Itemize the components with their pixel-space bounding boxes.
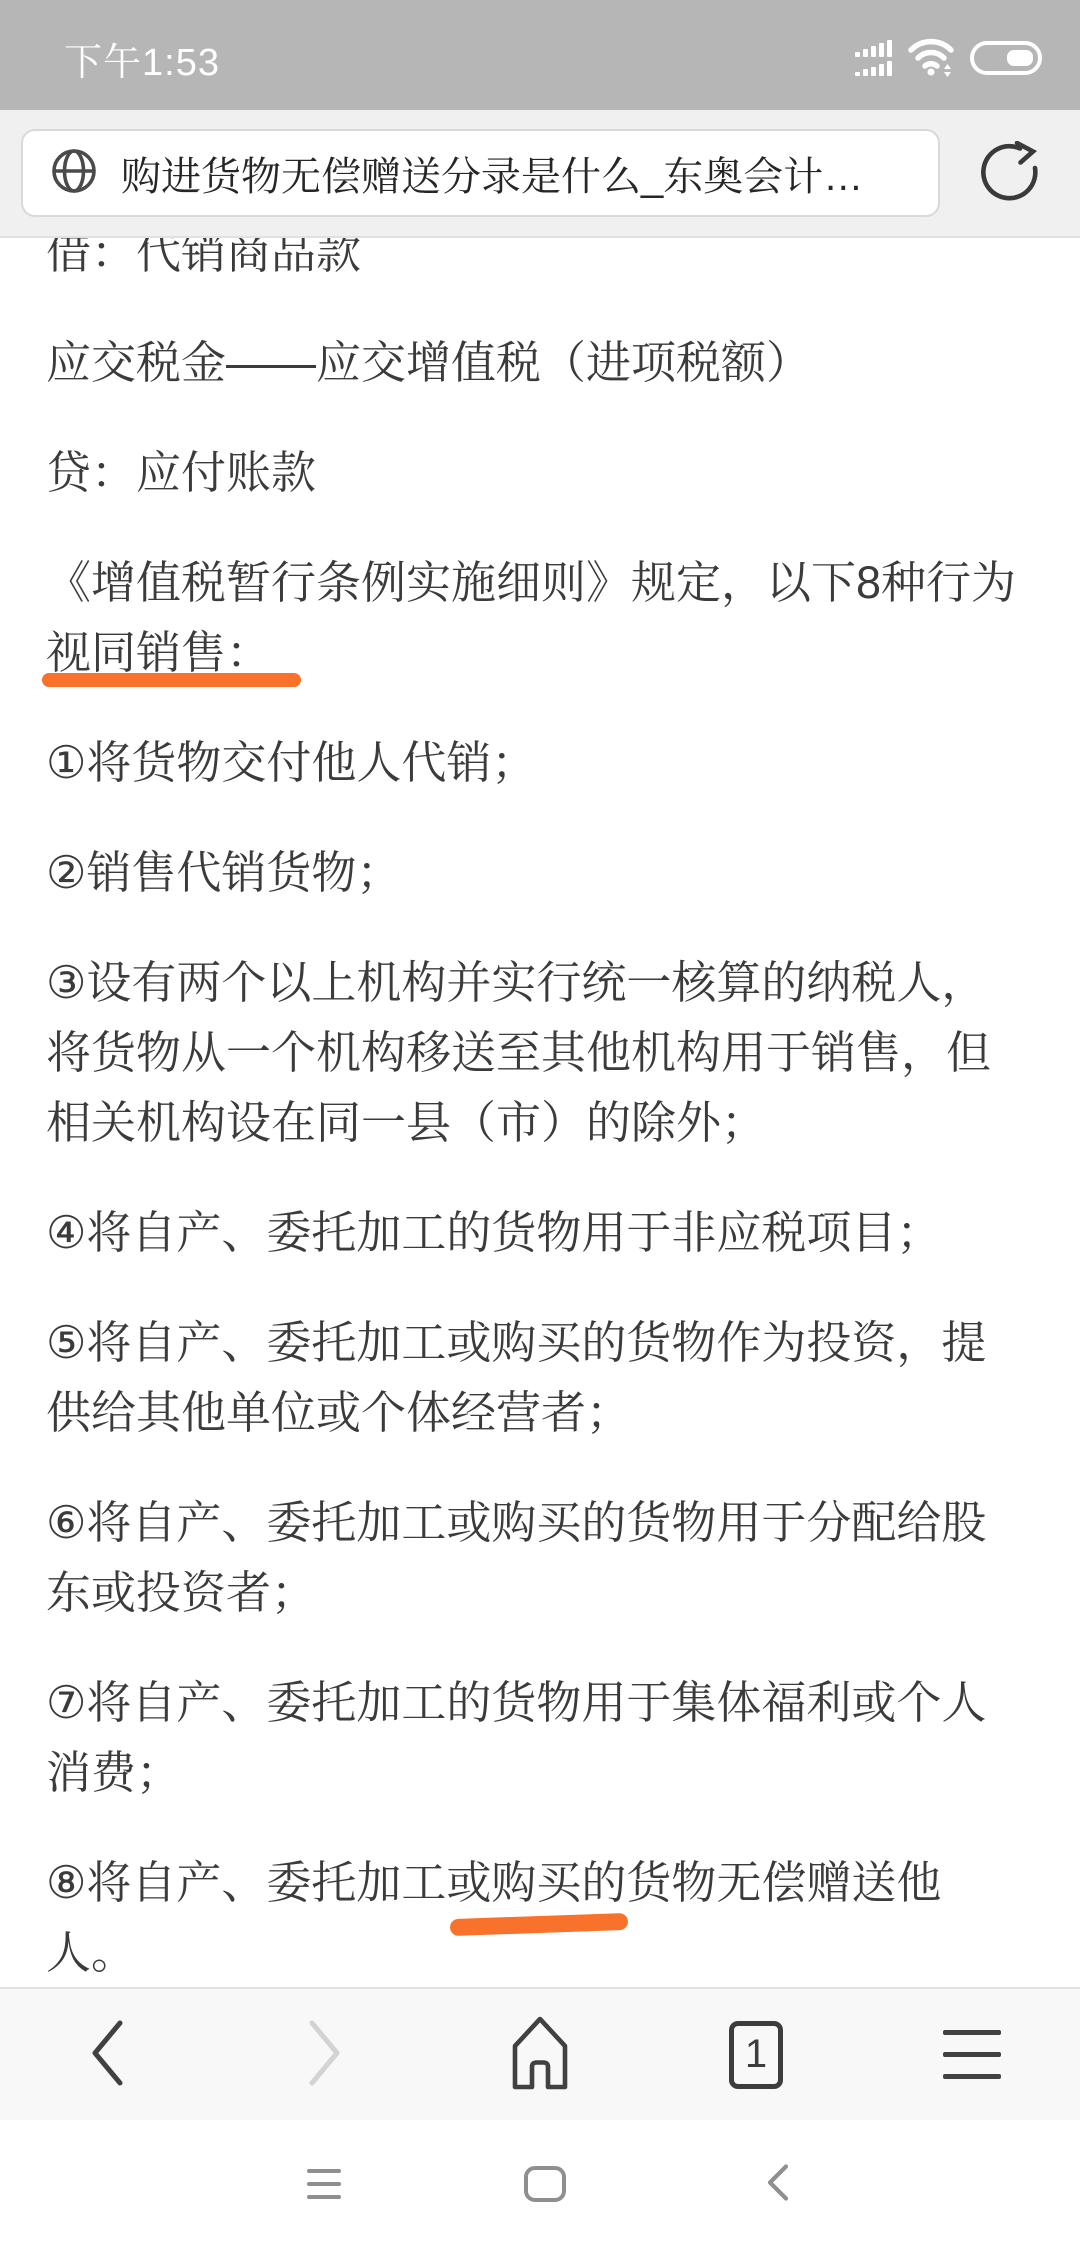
status-icons xyxy=(855,35,1042,82)
paragraph-item-2: ②销售代销货物； xyxy=(46,838,1022,908)
home-button[interactable] xyxy=(432,2015,648,2094)
paragraph-item-8: ⑧将自产、委托加工或购买的货物无偿赠送他人。 xyxy=(46,1848,1022,1987)
status-bar: 下午1:53 xyxy=(0,0,1080,110)
browser-toolbar: 1 xyxy=(0,1987,1080,2120)
refresh-icon xyxy=(979,141,1041,206)
clock: 下午1:53 xyxy=(64,31,220,86)
menu-icon xyxy=(943,2030,1001,2079)
paragraph-item-5: ⑤将自产、委托加工或购买的货物作为投资，提供给其他单位或个体经营者； xyxy=(46,1308,1022,1448)
article-content: 借：代销商品款 应交税金——应交增值税（进项税额） 贷：应付账款 《增值税暂行条… xyxy=(0,238,1080,1987)
globe-icon xyxy=(51,148,97,199)
highlighted-text-underlined: 或购买的 xyxy=(446,1848,626,1918)
paragraph: 《增值税暂行条例实施细则》规定，以下8种行为视同销售： xyxy=(46,548,1022,688)
tab-count: 1 xyxy=(745,2032,767,2077)
system-home-button[interactable] xyxy=(524,2166,566,2202)
menu-button[interactable] xyxy=(864,2030,1080,2079)
paragraph-item-4: ④将自产、委托加工的货物用于非应税项目； xyxy=(46,1198,1022,1268)
dual-sim-signal-icon xyxy=(855,40,892,76)
forward-button[interactable] xyxy=(216,2018,432,2091)
forward-chevron-icon xyxy=(305,2018,343,2091)
paragraph: 应交税金——应交增值税（进项税额） xyxy=(46,328,1022,398)
recent-menu-icon xyxy=(307,2169,341,2199)
paragraph-text: 《增值税暂行条例实施细则》规定，以下8种行为 xyxy=(46,557,1016,608)
wifi-icon xyxy=(908,35,954,82)
back-button[interactable] xyxy=(0,2018,216,2091)
paragraph: 贷：应付账款 xyxy=(46,438,1022,508)
back-chevron-icon xyxy=(765,2164,791,2205)
tabs-button[interactable]: 1 xyxy=(648,2021,864,2089)
highlighted-text-underlined: 视同销售： xyxy=(46,618,271,688)
system-recents-button[interactable] xyxy=(307,2169,341,2199)
address-bar-section: 购进货物无偿赠送分录是什么_东奥会计… xyxy=(0,110,1080,238)
system-nav-bar xyxy=(0,2120,1080,2248)
paragraph-clipped: 借：代销商品款 xyxy=(46,238,1022,288)
paragraph-item-1: ①将货物交付他人代销； xyxy=(46,728,1022,798)
back-chevron-icon xyxy=(89,2018,127,2091)
paragraph-item-3: ③设有两个以上机构并实行统一核算的纳税人，将货物从一个机构移送至其他机构用于销售… xyxy=(46,948,1022,1158)
battery-icon xyxy=(970,41,1042,75)
tab-count-icon: 1 xyxy=(729,2021,783,2089)
page-title[interactable]: 购进货物无偿赠送分录是什么_东奥会计… xyxy=(121,145,916,202)
paragraph-item-6: ⑥将自产、委托加工或购买的货物用于分配给股东或投资者； xyxy=(46,1488,1022,1628)
phone-screen: 下午1:53 xyxy=(0,0,1080,2248)
home-square-icon xyxy=(524,2166,566,2202)
paragraph-item-7: ⑦将自产、委托加工的货物用于集体福利或个人消费； xyxy=(46,1668,1022,1808)
home-icon xyxy=(511,2015,569,2094)
address-bar[interactable]: 购进货物无偿赠送分录是什么_东奥会计… xyxy=(21,129,940,217)
refresh-button[interactable] xyxy=(940,141,1080,206)
system-back-button[interactable] xyxy=(765,2164,791,2205)
paragraph-text: ⑧将自产、委托加工 xyxy=(46,1857,446,1908)
